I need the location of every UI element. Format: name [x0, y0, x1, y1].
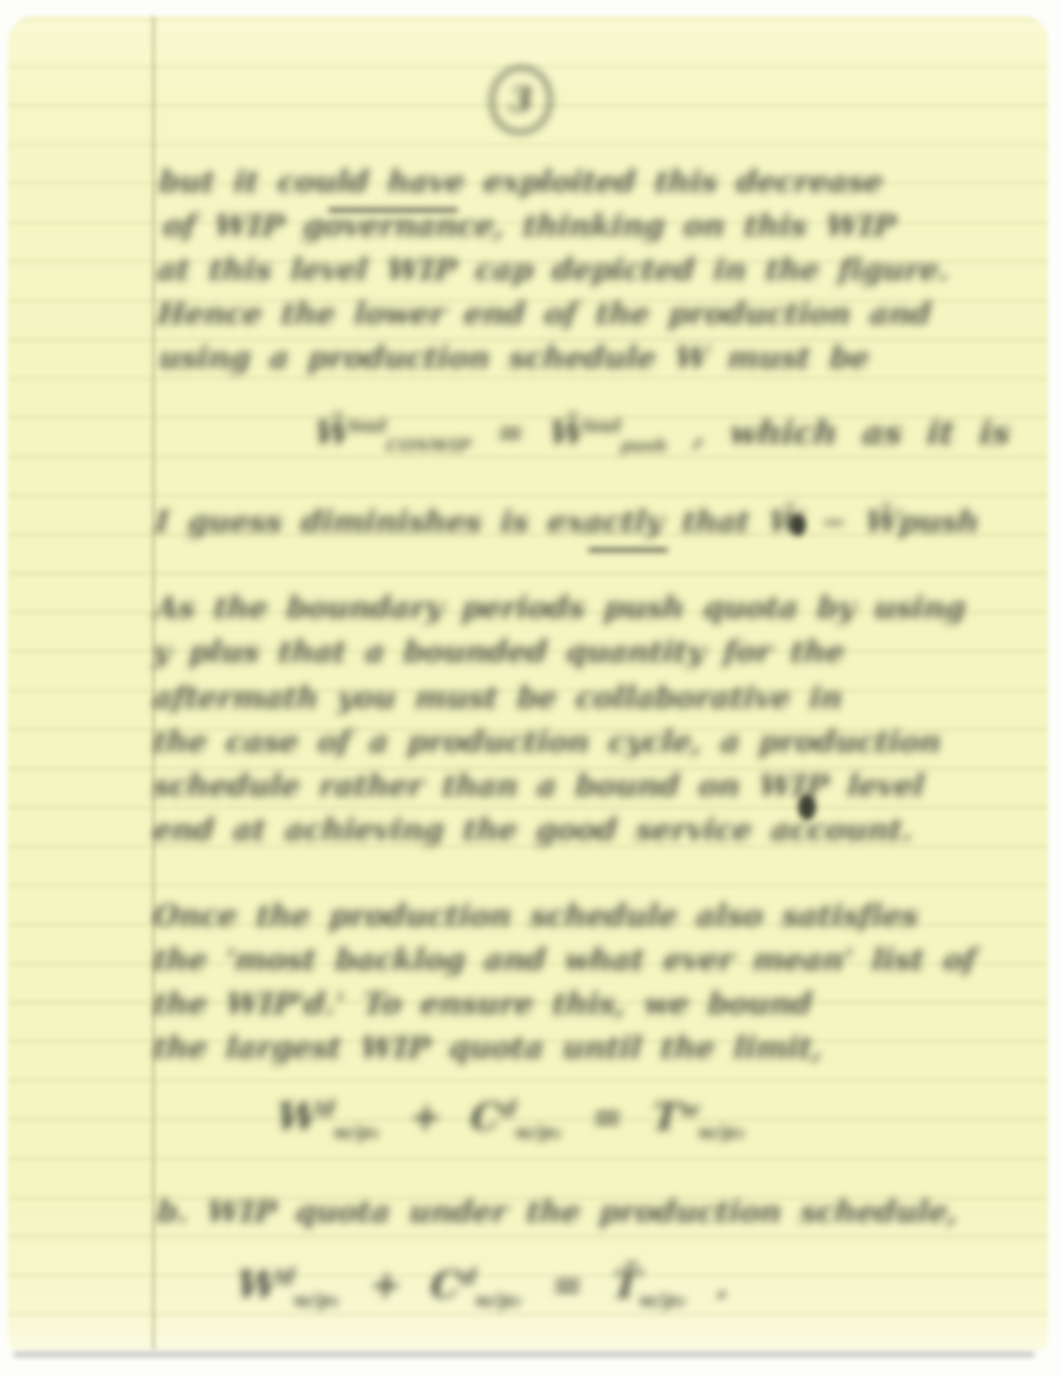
scanned-note-page: 3 but it could have exploited this decre…	[0, 0, 1062, 1377]
handwriting-line: using a production schedule W must be	[158, 344, 870, 374]
handwriting-line: As the boundary periods push quota by us…	[154, 594, 967, 624]
eq-op: +	[409, 1094, 444, 1139]
eq-sup: out	[586, 414, 623, 437]
eq-sup: out	[351, 414, 388, 437]
eq-sub: w/p₂	[514, 1120, 562, 1144]
eq-term: W	[275, 1094, 321, 1139]
handwriting-line: of WIP governance, thinking on this WIP	[162, 212, 896, 242]
handwriting-line: the 'most backlog and what ever mean' li…	[152, 946, 977, 976]
handwriting-line: the WIP'd.' To ensure this, we bound	[152, 990, 813, 1020]
handwriting-line: the case of a production cycle, a produc…	[152, 728, 942, 758]
scan-shadow-edge	[14, 1352, 1034, 1357]
eq-term: W̄	[548, 413, 587, 452]
eq-sup: d	[500, 1096, 517, 1122]
eq-sup: d	[279, 1264, 296, 1290]
handwriting-line: Hence the lower end of the production an…	[156, 300, 932, 330]
eq-sup: d	[319, 1096, 336, 1122]
equation: Wdw/p₁ + Cdw/p₂ = T̄w/p₃ .	[235, 1266, 730, 1310]
legal-pad-page: 3 but it could have exploited this decre…	[8, 16, 1048, 1350]
eq-sub: w/p₃	[638, 1288, 686, 1312]
underline-stroke	[588, 548, 668, 552]
handwriting-line: b. WIP quota under the production schedu…	[156, 1198, 959, 1228]
eq-sub: w/p₃	[697, 1120, 745, 1144]
eq-sub: w/p₁	[293, 1288, 341, 1312]
handwriting-line: the largest WIP quota until the limit,	[152, 1034, 823, 1064]
eq-term: C	[469, 1094, 502, 1139]
eq-sub: w/p₁	[333, 1120, 381, 1144]
eq-term: T̄	[611, 1262, 642, 1307]
eq-sub: w/p₂	[474, 1288, 522, 1312]
handwriting-line: Once the production schedule also satisf…	[152, 902, 919, 932]
eq-sup: w	[680, 1096, 701, 1122]
eq-sub: push	[620, 437, 668, 457]
handwriting-line: aftermath you must be collaborative in	[152, 684, 843, 714]
equation: Wdw/p₁ + Cdw/p₂ = Tww/p₃	[275, 1098, 747, 1142]
underline-stroke	[328, 208, 458, 212]
handwriting-line: at this level WIP cap depicted in the fi…	[156, 256, 950, 286]
eq-term: T	[651, 1094, 682, 1139]
ink-blot	[798, 794, 816, 820]
handwriting-line: y plus that a bounded quantity for the	[152, 638, 845, 668]
eq-term: W	[235, 1262, 281, 1307]
eq-term: W̄	[313, 413, 352, 452]
eq-sup: d	[460, 1264, 477, 1290]
ink-blot	[790, 514, 806, 536]
eq-rel: =	[495, 413, 525, 452]
handwriting-line: end at achieving the good service accoun…	[152, 816, 914, 846]
equation: W̄outCONWIP = W̄outpush , which as it is	[313, 416, 1011, 456]
eq-rel: =	[590, 1094, 625, 1139]
eq-rel: =	[550, 1262, 585, 1307]
page-number: 3	[509, 80, 533, 120]
handwriting-line: but it could have exploited this decreas…	[158, 168, 884, 198]
eq-sub: CONWIP	[385, 437, 471, 457]
eq-op: +	[369, 1262, 404, 1307]
page-number-badge: 3	[490, 66, 552, 134]
eq-term: C	[429, 1262, 462, 1307]
handwriting-line: I guess diminishes is exactly that W̄ − …	[154, 508, 980, 538]
eq-tail: , which as it is	[692, 413, 1011, 452]
